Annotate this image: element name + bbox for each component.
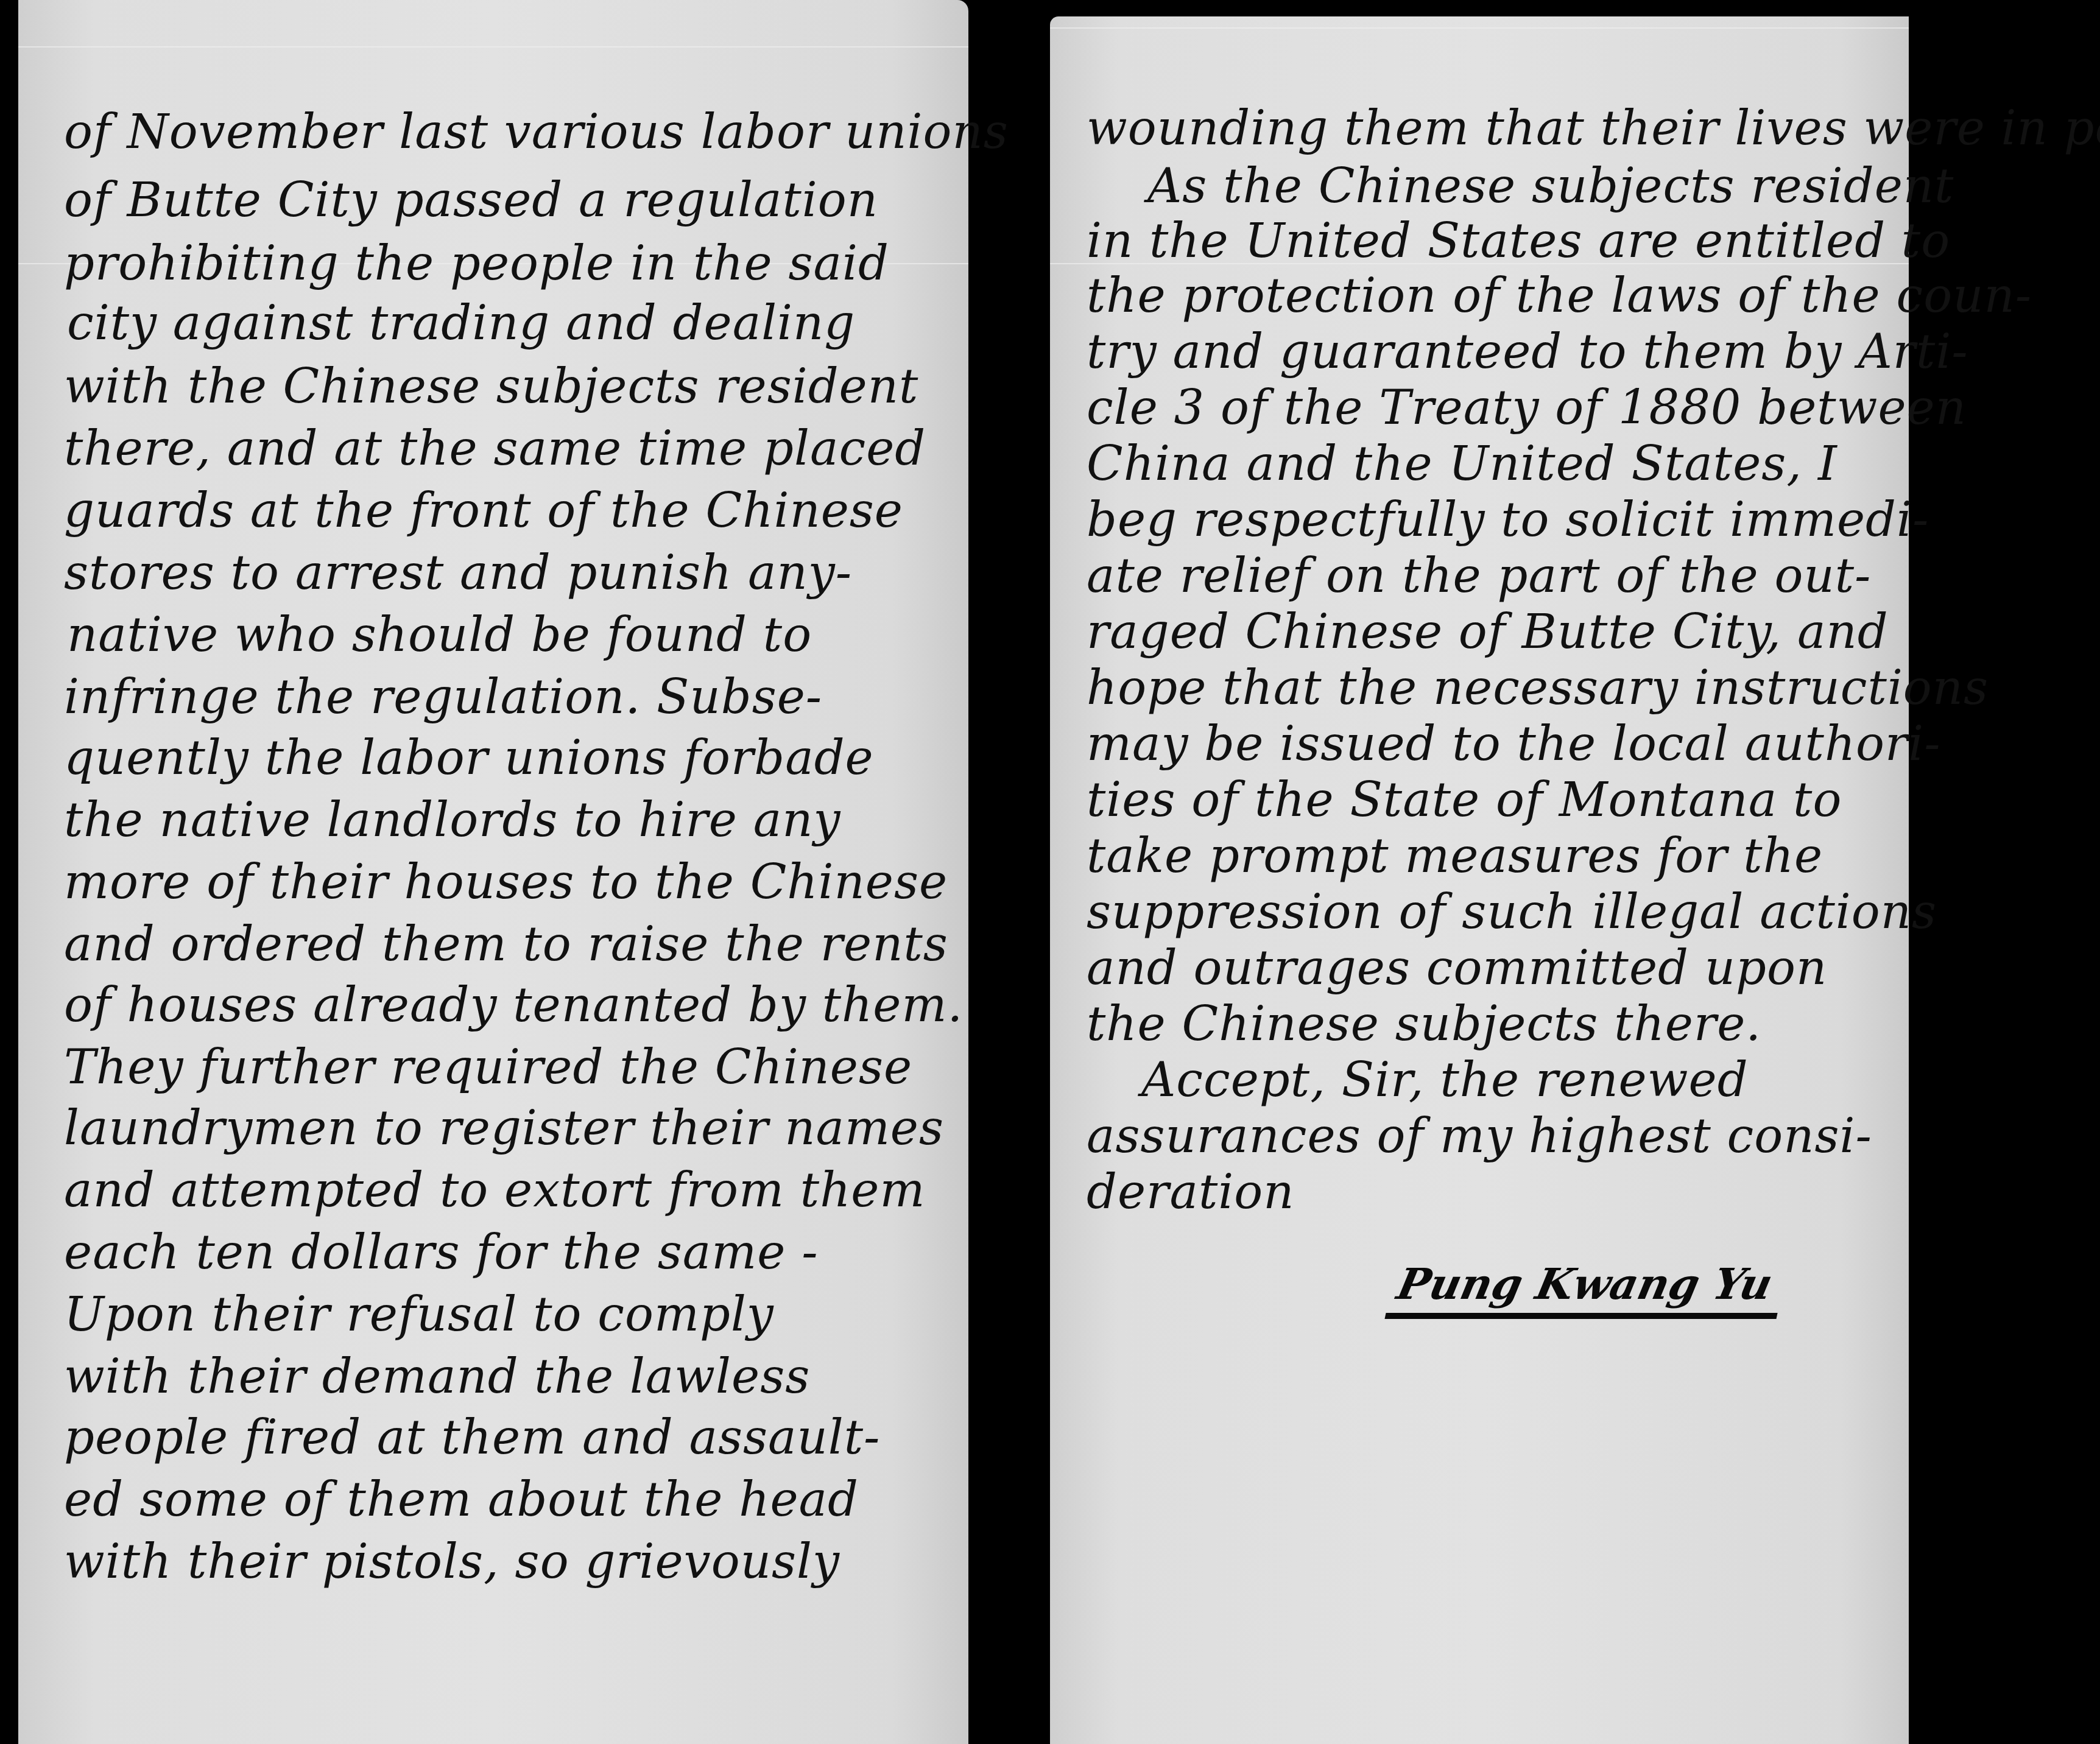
text-line: with the Chinese subjects resident bbox=[64, 363, 918, 410]
text-line: ed some of them about the head bbox=[64, 1476, 859, 1524]
text-line: and ordered them to raise the rents bbox=[64, 921, 948, 968]
text-line: They further required the Chinese bbox=[64, 1044, 912, 1091]
text-line: and attempted to extort from them bbox=[64, 1167, 926, 1214]
text-line: quently the labor unions forbade bbox=[64, 734, 874, 782]
text-line: there, and at the same time placed bbox=[64, 425, 926, 473]
text-line: the native landlords to hire any bbox=[64, 796, 840, 844]
page-rule-line bbox=[18, 46, 968, 47]
text-line: suppression of such illegal actions bbox=[1087, 888, 1937, 936]
text-line: Accept, Sir, the renewed bbox=[1141, 1057, 1749, 1104]
text-line: raged Chinese of Butte City, and bbox=[1087, 608, 1889, 656]
text-line: the Chinese subjects there. bbox=[1087, 1000, 1761, 1048]
text-line: ate relief on the part of the out- bbox=[1087, 552, 1871, 600]
text-line: China and the United States, I bbox=[1087, 440, 1837, 488]
text-line: may be issued to the local authori- bbox=[1087, 720, 1941, 768]
text-line: and outrages committed upon bbox=[1087, 944, 1827, 992]
text-line: of houses already tenanted by them. bbox=[64, 982, 963, 1029]
text-line: in the United States are entitled to bbox=[1087, 217, 1950, 265]
text-line: try and guaranteed to them by Arti- bbox=[1087, 328, 1968, 376]
text-line: with their demand the lawless bbox=[64, 1353, 810, 1401]
text-line: each ten dollars for the same - bbox=[64, 1229, 819, 1276]
text-line: people fired at them and assault- bbox=[64, 1414, 880, 1461]
text-line: beg respectfully to solicit immedi- bbox=[1087, 496, 1929, 544]
text-line: wounding them that their lives were in p… bbox=[1087, 105, 2100, 152]
text-line: infringe the regulation. Subse- bbox=[64, 673, 822, 721]
text-line: Upon their refusal to comply bbox=[64, 1291, 774, 1338]
text-line: of November last various labor unions bbox=[64, 108, 1009, 156]
text-line: the protection of the laws of the coun- bbox=[1087, 272, 2032, 320]
text-line: ties of the State of Montana to bbox=[1087, 776, 1842, 824]
signature: Pung Kwang Yu bbox=[1384, 1259, 1789, 1319]
text-line: of Butte City passed a regulation bbox=[64, 177, 878, 224]
text-line: guards at the front of the Chinese bbox=[64, 487, 903, 535]
text-line: hope that the necessary instructions bbox=[1087, 664, 1989, 712]
text-line: cle 3 of the Treaty of 1880 between bbox=[1087, 384, 1967, 432]
text-line: laundrymen to register their names bbox=[64, 1105, 944, 1152]
text-line: more of their houses to the Chinese bbox=[64, 859, 948, 906]
text-line: deration bbox=[1087, 1169, 1294, 1216]
text-line: assurances of my highest consi- bbox=[1087, 1113, 1872, 1160]
page-rule-line bbox=[1050, 27, 1909, 29]
text-line: native who should be found to bbox=[67, 611, 812, 659]
text-line: take prompt measures for the bbox=[1087, 832, 1823, 880]
text-line: stores to arrest and punish any- bbox=[64, 549, 852, 597]
text-line: As the Chinese subjects resident bbox=[1147, 163, 1954, 210]
text-line: city against trading and dealing bbox=[67, 300, 855, 347]
text-line: with their pistols, so grievously bbox=[64, 1538, 840, 1586]
text-line: prohibiting the people in the said bbox=[64, 240, 889, 287]
right-page: wounding them that their lives were in p… bbox=[1050, 16, 1909, 1744]
left-page: of November last various labor unions of… bbox=[18, 0, 968, 1744]
